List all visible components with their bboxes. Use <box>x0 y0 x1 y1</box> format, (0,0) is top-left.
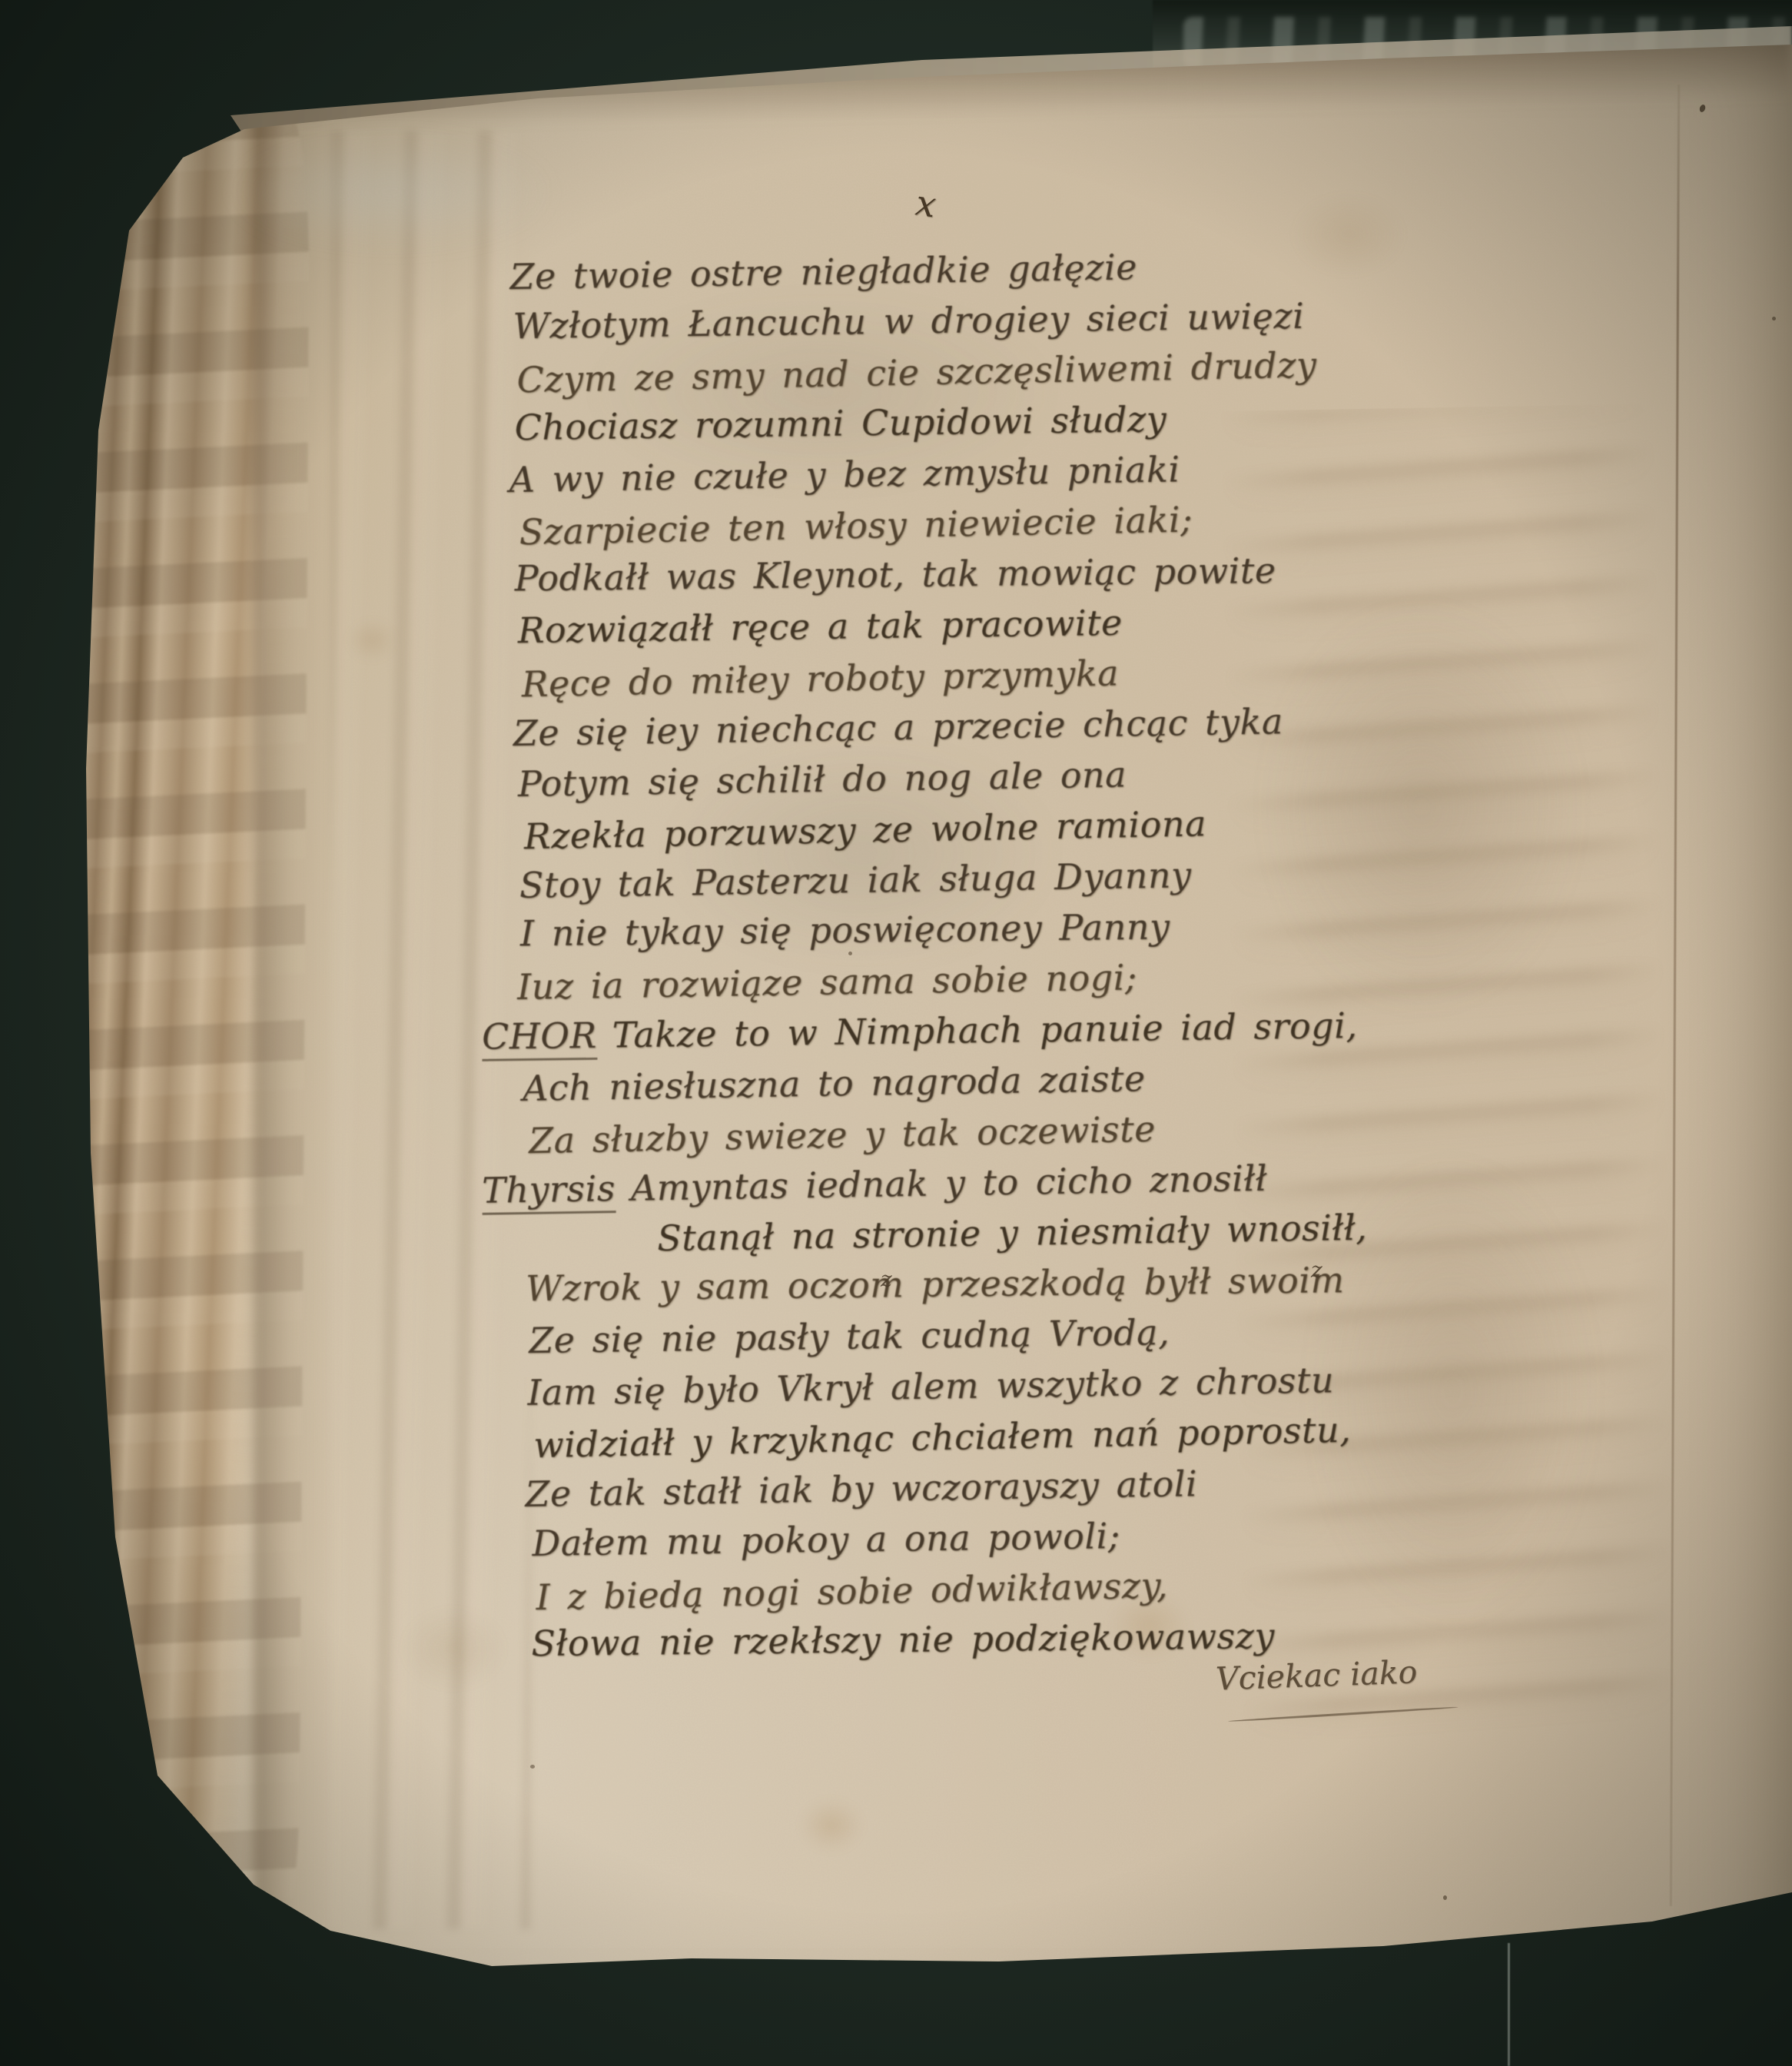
poem-line-text: Amyntas iednak y to cicho znosiłł <box>630 1158 1267 1209</box>
catchword-text: Vciekac iako <box>1215 1653 1418 1697</box>
folio-mark: x <box>913 181 938 225</box>
interlinear-correction: z <box>1311 1257 1322 1283</box>
poem-line-text: Ze tak stałł iak by wczorayszy atoli <box>525 1463 1198 1515</box>
poem-line-text: Rozwiązałł ręce a tak pracowite <box>517 602 1123 651</box>
foxing-stain <box>799 1799 864 1852</box>
poem-line-text: Chociasz rozumni Cupidowi słudzy <box>514 398 1166 448</box>
poem-line-text: Podkałł was Kleynot, tak mowiąc powite <box>514 550 1276 599</box>
poem-line-text: I z biedą nogi sobie odwikławszy, <box>536 1564 1168 1618</box>
speaker-label-thyrsis: Thyrsis <box>482 1168 616 1215</box>
poem-line-text: Czym ze smy nad cie szczęsliwemi drudzy <box>516 344 1317 400</box>
poem-line-text: Wzrok y sam oczom przeszkodą byłł swoim <box>526 1259 1345 1309</box>
poem-line-text: I nie tykay się poswięconey Panny <box>520 906 1170 955</box>
poem-line-text: Iuz ia rozwiąze sama sobie nogi; <box>517 956 1138 1008</box>
poem-line-text: Ach niesłuszna to nagroda zaiste <box>523 1058 1146 1109</box>
ink-speck <box>530 1765 535 1769</box>
gutter-ridge-shadow <box>254 115 338 1937</box>
poem-line-text: Ręce do miłey roboty przymyka <box>521 652 1119 705</box>
poem-line-text: Potym się schilił do nog ale ona <box>517 754 1127 805</box>
poem-line-text: Dałem mu pokoy a ona powoli; <box>532 1515 1120 1564</box>
poem-line-text: Stoy tak Pasterzu iak sługa Dyanny <box>519 854 1192 906</box>
poem-line-text: Takze to w Nimphach panuie iad srogi, <box>612 1005 1357 1056</box>
catchword: Vciekac iako <box>1215 1653 1418 1697</box>
manuscript-book-scan: x Ze twoie ostre niegładkie gałęzie Wzło… <box>0 0 1792 2066</box>
poem-line-text: Ze się nie pasły tak cudną Vrodą, <box>529 1311 1170 1361</box>
poem-line-text: A wy nie czułe y bez zmysłu pniaki <box>509 448 1180 500</box>
poem-line-text: Ze się iey niechcąc a przecie chcąc tyka <box>513 700 1283 754</box>
scan-scratch <box>1508 1943 1510 2066</box>
poem-line-text: Wzłotym Łancuchu w drogiey sieci uwięzi <box>513 295 1304 347</box>
corner-tissue-wisp <box>231 138 553 246</box>
foxing-stain <box>347 619 397 661</box>
manuscript-page: x Ze twoie ostre niegładkie gałęzie Wzło… <box>0 0 1792 2066</box>
poem-line-text: Słowa nie rzekłszy nie podziękowawszy <box>531 1615 1275 1664</box>
ink-speck <box>1772 317 1776 321</box>
interlinear-correction: z <box>881 1267 892 1292</box>
poem-line-text: Za słuzby swieze y tak oczewiste <box>529 1108 1157 1162</box>
poem-line-text: Stanął na stronie y niesmiały wnosiłł, <box>657 1207 1368 1260</box>
poem-text-block: Ze twoie ostre niegładkie gałęzie Wzłoty… <box>467 234 1642 1672</box>
poem-line-text: Rzekła porzuwszy ze wolne ramiona <box>523 802 1206 857</box>
poem-line-text: Ze twoie ostre niegładkie gałęzie <box>509 246 1137 297</box>
ink-speck <box>1443 1895 1447 1900</box>
speaker-label-chor: CHOR <box>482 1015 597 1061</box>
poem-line-text: Szarpiecie ten włosy niewiecie iaki; <box>519 499 1193 553</box>
poem-line-text: Iam się było Vkrył alem wszytko z chrost… <box>527 1359 1335 1413</box>
ink-speck <box>1699 104 1707 113</box>
